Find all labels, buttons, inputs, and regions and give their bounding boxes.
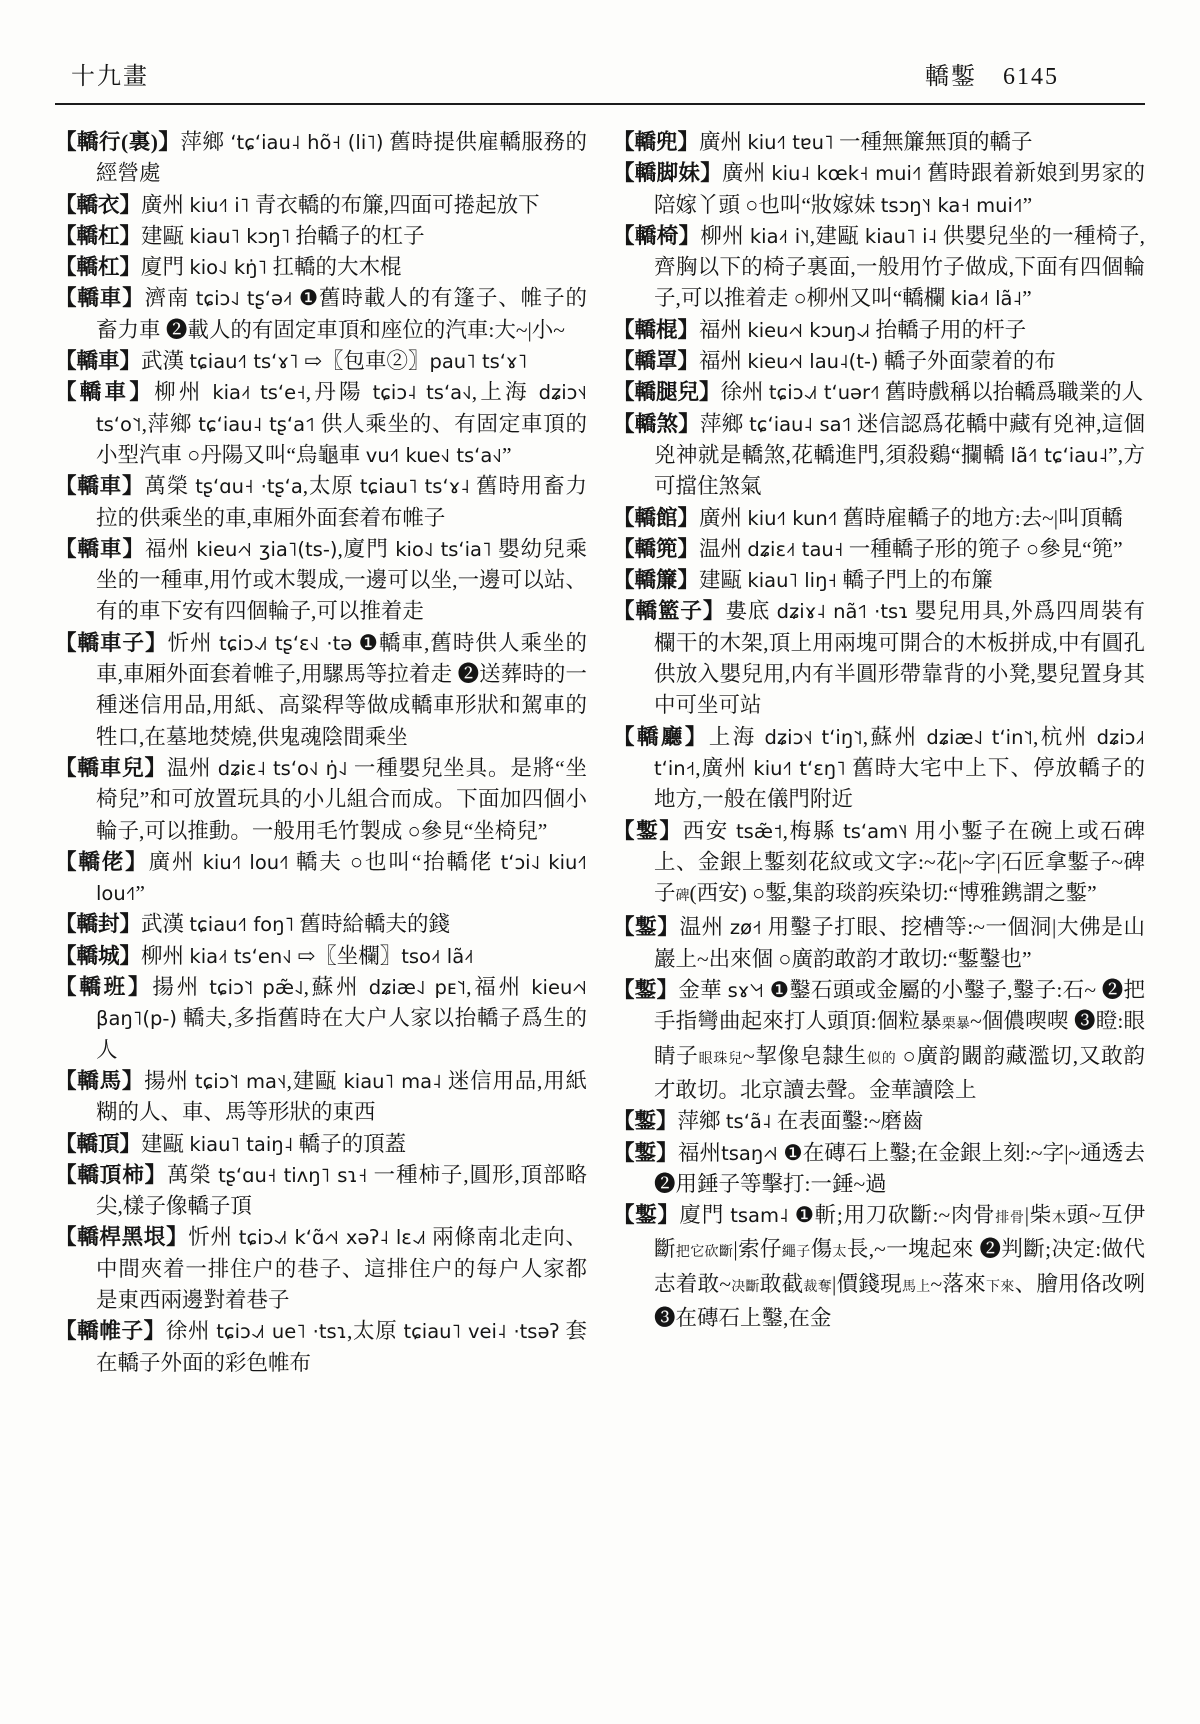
entry-text: 敢截 [760, 1272, 804, 1296]
entry-headword: 【鏨】 [613, 1203, 680, 1227]
dictionary-entry: 【轎車】武漢 tɕiau˧˥ tsʻɤ˥ ⇨〖包車②〗pau˥ tsʻɤ˥ [55, 346, 587, 377]
entry-gloss-small: 碑 [676, 889, 690, 904]
entry-text: 福州 [145, 537, 196, 561]
entry-phonetic: kiu˧˥ tɐu˥ [747, 131, 833, 154]
entry-text: 武漢 [141, 912, 189, 936]
dictionary-entry: 【轎頂柿】萬榮 tʂʻɑu˧ tiʌŋ˥ sɿ˧ 一種柿子,圓形,頂部略尖,樣子… [55, 1160, 587, 1223]
column-left: 【轎行(裏)】萍鄉 ʻtɕʻiau˨ hõ˧ (li˥) 舊時提供雇轎服務的經營… [55, 127, 587, 1379]
entry-headword: 【轎頂柿】 [55, 1163, 167, 1187]
entry-text: 建甌 [141, 1132, 189, 1156]
entry-gloss-small: 似的 [867, 1052, 897, 1067]
dictionary-entry: 【轎椅】柳州 kia˨˦ i˥˧,建甌 kiau˥ i˨ 供嬰兒坐的一種椅子,齊… [613, 221, 1145, 315]
dictionary-entry: 【轎車子】忻州 tɕiɔ˨˩˦ tʂʻɛ˧˩ ·tə ❶轎車,舊時供人乘坐的車,… [55, 628, 587, 753]
entry-text: 揚州 [144, 1069, 195, 1093]
entry-gloss-small: 木 [1052, 1211, 1067, 1226]
entry-text: ,丹陽 [306, 380, 373, 404]
entry-text: 廣州 [722, 161, 771, 185]
entry-text: ❶斬;用刀砍斷:~肉骨 [789, 1203, 996, 1227]
entry-headword: 【轎車】 [55, 380, 154, 404]
entry-text: 轎夫 ○也叫“抬轎佬 [289, 850, 501, 874]
dictionary-entry: 【轎杠】建甌 kiau˥ kɔŋ˥ 抬轎子的杠子 [55, 221, 587, 252]
dictionary-entry: 【轎班】揚州 tɕiɔ˥˦ pæ̃˨˩,蘇州 dʑiæ˨˩ pᴇ˥˦,福州 ki… [55, 972, 587, 1066]
entry-text: 廣州 [699, 130, 747, 154]
entry-phonetic: kiau˥ i˨ [865, 225, 937, 248]
entry-headword: 【轎城】 [55, 944, 141, 968]
entry-phonetic: kio˨˩ tsʻia˥ [395, 538, 491, 561]
entry-headword: 【鏨】 [613, 978, 678, 1002]
entry-phonetic: tɕʻiau˨ tʂʻa˦˥ [198, 413, 314, 436]
entry-text: 武漢 [141, 349, 189, 373]
entry-headword: 【轎篼】 [613, 537, 699, 561]
entry-headword: 【轎衣】 [55, 193, 141, 217]
entry-text: 在表面鑿:~磨齒 [771, 1109, 923, 1133]
entry-text: 萍鄉 [700, 412, 749, 436]
entry-phonetic: kio˨˩ kŋ̇˥ [189, 256, 267, 279]
entry-text: ,萍鄉 [142, 412, 199, 436]
entry-text: |索仔 [733, 1237, 781, 1261]
dictionary-entry: 【轎脚妹】廣州 kiu˨ kœk˧ mui˧˥ 舊時跟着新娘到男家的陪嫁丫頭 ○… [613, 158, 1145, 221]
entry-text: 柳州 [700, 224, 749, 248]
entry-text: 抬轎子用的杆子 [870, 318, 1026, 342]
dictionary-entry: 【轎館】廣州 kiu˧˥ kun˧˥ 舊時雇轎子的地方:去~|叫頂轎 [613, 503, 1145, 534]
entry-text: 扛轎的大木棍 [267, 255, 401, 279]
entry-text: 忻州 [168, 631, 219, 655]
dictionary-entry: 【轎杠】廈門 kio˨˩ kŋ̇˥ 扛轎的大木棍 [55, 252, 587, 283]
entry-text: ,太原 [303, 474, 360, 498]
entry-phonetic: kieu˨˦˨ ʒia˥(ts-) [196, 538, 337, 561]
entry-headword: 【轎馬】 [55, 1069, 144, 1093]
dictionary-entry: 【轎桿黑垠】忻州 tɕiɔ˨˩˦ kʻɑ̃˨˦˨ xəʔ˨ lɛ˨˩˦ 兩條南北… [55, 1222, 587, 1316]
entry-headword: 【鏨】 [613, 1109, 678, 1133]
entry-text: 忻州 [188, 1225, 239, 1249]
dictionary-entry: 【轎腿兒】徐州 tɕiɔ˨˩˦ tʻuər˧˥ 舊時戲稱以抬轎爲職業的人 [613, 377, 1145, 408]
dictionary-entry: 【轎車】福州 kieu˨˦˨ ʒia˥(ts-),廈門 kio˨˩ tsʻia˥… [55, 534, 587, 628]
entry-headword: 【轎廳】 [613, 725, 709, 749]
dictionary-entry: 【轎籃子】婁底 dʑiɤ˨ nã˦˥ ·tsɿ 嬰兒用具,外爲四周裝有欄干的木架… [613, 596, 1145, 721]
entry-text: 濟南 [145, 286, 196, 310]
entry-headword: 【轎腿兒】 [613, 380, 721, 404]
entry-text: 一種轎子形的篼子 ○參見“篼” [843, 537, 1122, 561]
entry-text: 轎子的頂蓋 [293, 1132, 406, 1156]
page-number: 6145 [1003, 64, 1059, 91]
entry-headword: 【轎籃子】 [613, 599, 725, 623]
entry-text: 廣州 [149, 850, 203, 874]
entry-phonetic: tɕiau˧˥ foŋ˥ [189, 913, 294, 936]
entry-text: 上海 [709, 725, 765, 749]
entry-phonetic: tɕiɔ˨˩˦ tʂʻɛ˧˩ ·tə [219, 632, 352, 655]
entry-headword: 【轎簾】 [613, 568, 699, 592]
entry-phonetic: dʑiæ˨˩ pᴇ˥˦ [369, 976, 466, 999]
entry-text: 婁底 [725, 599, 776, 623]
entry-phonetic: tsʻã˨ [726, 1110, 772, 1133]
entry-gloss-small: 眼珠兒 [699, 1052, 743, 1067]
entry-phonetic: tɕiɔ˨˩ tʂʻə˨˦ [196, 287, 293, 310]
entry-text: 廈門 [141, 255, 189, 279]
entry-text: ,蘇州 [863, 725, 927, 749]
entry-text: 柳州 [141, 944, 189, 968]
entry-gloss-small: 繩子 [782, 1245, 811, 1260]
entry-headword: 【轎車】 [55, 286, 145, 310]
entry-phonetic: kiau˥ taiŋ˨ [189, 1133, 293, 1156]
entry-text: 廈門 [680, 1203, 731, 1227]
entry-text: ” [1022, 286, 1032, 310]
dictionary-page: 十九畫 轎鏨 6145 【轎行(裏)】萍鄉 ʻtɕʻiau˨ hõ˧ (li˥)… [0, 0, 1200, 1379]
entry-phonetic: lã˧˥ tɕʻiau˨ [1011, 444, 1109, 467]
dictionary-entry: 【轎車兒】温州 dʑiɛ˨ tsʻo˧˩ ŋ̇˨˩ 一種嬰兒坐具。是將“坐椅兒”… [55, 753, 587, 847]
entry-text: ,福州 [466, 975, 531, 999]
entry-text: 温州 [699, 537, 747, 561]
entry-gloss-small: 下來 [986, 1280, 1015, 1295]
entry-text: 揚州 [152, 975, 209, 999]
entry-gloss-small: 决斷 [731, 1280, 760, 1295]
entry-phonetic: tɕiau˥ vei˨ ·tsəʔ [403, 1320, 559, 1343]
entry-phonetic: tɕiɔ˥˦ pæ̃˨˩ [209, 976, 303, 999]
dictionary-entry: 【轎簾】建甌 kiau˥ liŋ˧ 轎子門上的布簾 [613, 565, 1145, 596]
entry-headword: 【轎罩】 [613, 349, 699, 373]
dictionary-entry: 【轎兜】廣州 kiu˧˥ tɐu˥ 一種無簾無頂的轎子 [613, 127, 1145, 158]
entry-phonetic: dʑiɛ˨˦ tau˧ [747, 538, 843, 561]
entry-phonetic: kia˨˦ i˥˧ [750, 225, 810, 248]
entry-text: |柴 [1025, 1203, 1052, 1227]
entry-phonetic: pau˥ tsʻɤ˥ [429, 350, 527, 373]
entry-phonetic: tɕiau˧˥ tsʻɤ˥ [189, 350, 298, 373]
dictionary-entry: 【轎棍】福州 kieu˨˦˨ kɔuŋ˨˩˧ 抬轎子用的杆子 [613, 315, 1145, 346]
entry-phonetic: tɕʻiau˨ sa˦˥ [749, 413, 851, 436]
entry-text: 廣州 [141, 193, 189, 217]
entry-phonetic: tso˨˦ lã˨˦ [401, 945, 474, 968]
entry-text: ⇨〖包車②〗 [299, 349, 430, 373]
entry-gloss-small: 太 [833, 1245, 847, 1260]
entry-headword: 【轎車】 [55, 537, 145, 561]
entry-headword: 【轎頂】 [55, 1132, 141, 1156]
entry-text: ⇨〖坐欄〗 [292, 944, 401, 968]
entry-text: ,太原 [347, 1319, 403, 1343]
entry-phonetic: tsɔŋ˥˧ ka˧ mui˧˥ [881, 194, 1023, 217]
entry-text: 舊時雇轎子的地方:去~|叫頂轎 [837, 506, 1122, 530]
entry-phonetic: tsʻam˥˨ [843, 820, 908, 843]
entry-phonetic: kia˨˦ lã˨ [951, 287, 1022, 310]
entry-text: (西安) ○鏨,集韵琰韵疾染切:“博雅鎸謂之鏨” [690, 881, 1097, 905]
entry-headword: 【轎帷子】 [55, 1319, 166, 1343]
entry-headword: 【轎杠】 [55, 255, 141, 279]
entry-headword: 【轎桿黑垠】 [55, 1225, 188, 1249]
entry-text: ” [135, 881, 145, 905]
dictionary-entry: 【轎馬】揚州 tɕiɔ˥˦ ma˦˨,建甌 kiau˥ ma˨ 迷信用品,用紙糊… [55, 1066, 587, 1129]
entry-text: 抬轎子的杠子 [290, 224, 424, 248]
entry-headword: 【鏨】 [613, 1141, 678, 1165]
entry-text: 萬榮 [144, 474, 195, 498]
dictionary-entry: 【鏨】廈門 tsam˨ ❶斬;用刀砍斷:~肉骨排骨|柴木頭~互伊斷把它砍斷|索仔… [613, 1200, 1145, 1334]
dictionary-entry: 【轎城】柳州 kia˨˦ tsʻen˧˩ ⇨〖坐欄〗tso˨˦ lã˨˦ [55, 941, 587, 972]
entry-phonetic: kiau˥ kɔŋ˥ [189, 225, 290, 248]
dictionary-entry: 【轎衣】廣州 kiu˧˥ i˥ 青衣轎的布簾,四面可捲起放下 [55, 190, 587, 221]
entry-gloss-small: 馬上 [902, 1280, 931, 1295]
entry-phonetic: tɕiɔ˨˩˦ ue˥ ·tsɿ [216, 1320, 347, 1343]
dictionary-entry: 【轎煞】萍鄉 tɕʻiau˨ sa˦˥ 迷信認爲花轎中藏有兇神,這個兇神就是轎煞… [613, 409, 1145, 503]
entry-text: 轎子門上的布簾 [837, 568, 993, 592]
entry-headword: 【轎脚妹】 [613, 161, 722, 185]
entry-text: 福州 [699, 318, 747, 342]
entry-text: 萍鄉 [678, 1109, 726, 1133]
dictionary-entry: 【轎車】柳州 kia˨˦ tsʻe˧,丹陽 tɕiɔ˨ tsʻa˧˩,上海 dʑ… [55, 377, 587, 471]
dictionary-entry: 【轎車】萬榮 tʂʻɑu˧ ·tʂʻa,太原 tɕiau˥ tsʻɤ˨ 舊時用畜… [55, 471, 587, 534]
entry-text: |價錢現 [832, 1272, 902, 1296]
entry-headword: 【轎椅】 [613, 224, 700, 248]
entry-text: 轎子外面蒙着的布 [879, 349, 1056, 373]
entry-phonetic: kiu˧˥ lou˧˥ [203, 851, 289, 874]
entry-text: ~挈像皂隸生 [743, 1044, 867, 1068]
entry-phonetic: kia˨˦ tsʻe˧ [212, 381, 305, 404]
entry-phonetic: kieu˨˦˨ lau˨(t-) [747, 350, 878, 373]
entry-phonetic: tsæ̃˦ [736, 820, 783, 843]
entry-phonetic: dʑiæ˨˩ tʻin˥˦ [926, 726, 1033, 749]
entry-text: 傷 [811, 1237, 833, 1261]
entry-text: 温州 [680, 915, 730, 939]
entry-text: 建甌 [141, 224, 189, 248]
entry-phonetic: kiu˧˥ tʻɛŋ˥ [753, 757, 845, 780]
entry-text: 西安 [683, 819, 736, 843]
entry-gloss-small: 把它砍斷 [676, 1245, 734, 1260]
entry-text: 温州 [167, 756, 218, 780]
entry-text: 徐州 [721, 380, 769, 404]
entry-text: 青衣轎的布簾,四面可捲起放下 [249, 193, 539, 217]
entry-headword: 【轎棍】 [613, 318, 699, 342]
entry-phonetic: tʂʻɑu˧ tiʌŋ˥ sɿ˧ [218, 1164, 367, 1187]
entry-phonetic: tɕiau˥ tsʻɤ˨ [360, 475, 470, 498]
dictionary-entry: 【轎篼】温州 dʑiɛ˨˦ tau˧ 一種轎子形的篼子 ○參見“篼” [613, 534, 1145, 565]
entry-text: ,建甌 [287, 1069, 344, 1093]
entry-headword: 【鏨】 [613, 915, 680, 939]
entry-headword: 【轎煞】 [613, 412, 700, 436]
entry-text: 金華 [678, 978, 727, 1002]
dictionary-entry: 【轎廳】上海 dʑiɔ˦˨ tʻiŋ˥˦,蘇州 dʑiæ˨˩ tʻin˥˦,杭州… [613, 722, 1145, 816]
entry-text: ~落來 [931, 1272, 986, 1296]
entry-phonetic: tɕiɔ˨˩˦ kʻɑ̃˨˦˨ xəʔ˨ lɛ˨˩˦ [239, 1226, 426, 1249]
dictionary-entry: 【鏨】金華 sɤ˥˧˦ ❶鑿石頭或金屬的小鑿子,鑿子:石~ ❷把手指彎曲起來打人… [613, 975, 1145, 1106]
dictionary-entry: 【轎佬】廣州 kiu˧˥ lou˧˥ 轎夫 ○也叫“抬轎佬 tʻɔi˨˩ kiu… [55, 847, 587, 910]
entry-headword: 【轎行(裏)】 [55, 130, 180, 154]
entry-gloss-small: 栗暴 [942, 1017, 970, 1032]
dictionary-entry: 【轎罩】福州 kieu˨˦˨ lau˨(t-) 轎子外面蒙着的布 [613, 346, 1145, 377]
entry-phonetic: tɕiɔ˥˦ ma˦˨ [195, 1070, 287, 1093]
entry-text: 舊時戲稱以抬轎爲職業的人 [880, 380, 1143, 404]
entry-phonetic: dʑiɤ˨ nã˦˥ ·tsɿ [777, 600, 909, 623]
entry-phonetic: tʂʻɑu˧ ·tʂʻa [195, 475, 303, 498]
entry-headword: 【轎車】 [55, 474, 144, 498]
entry-phonetic: vu˧˥ kue˧˩ tsʻa˧˩ [366, 444, 502, 467]
dictionary-entry: 【鏨】西安 tsæ̃˦,梅縣 tsʻam˥˨ 用小鏨子在碗上或石碑上、金銀上鏨刻… [613, 816, 1145, 913]
entry-phonetic: kiu˧˥ i˥ [189, 194, 249, 217]
entry-phonetic: tɕiɔ˨ tsʻa˧˩ [373, 381, 472, 404]
entry-text: 建甌 [699, 568, 747, 592]
dictionary-entry: 【轎帷子】徐州 tɕiɔ˨˩˦ ue˥ ·tsɿ,太原 tɕiau˥ vei˨ … [55, 1316, 587, 1379]
entry-text: ,蘇州 [304, 975, 369, 999]
entry-text: ,梅縣 [783, 819, 844, 843]
entry-headword: 【轎車兒】 [55, 756, 167, 780]
entry-headword: 【轎館】 [613, 506, 699, 530]
dictionary-entry: 【鏨】萍鄉 tsʻã˨ 在表面鑿:~磨齒 [613, 1106, 1145, 1137]
entry-headword: 【轎車】 [55, 349, 141, 373]
entry-text: 福州 [678, 1141, 721, 1165]
text-columns: 【轎行(裏)】萍鄉 ʻtɕʻiau˨ hõ˧ (li˥) 舊時提供雇轎服務的經營… [55, 105, 1145, 1379]
entry-text: ,上海 [472, 380, 539, 404]
page-header: 十九畫 轎鏨 6145 [55, 0, 1145, 103]
entry-text: ,建甌 [810, 224, 865, 248]
entry-headword: 【轎班】 [55, 975, 152, 999]
entry-phonetic: dʑiɛ˨ tsʻo˧˩ ŋ̇˨˩ [218, 757, 348, 780]
entry-text: 徐州 [166, 1319, 216, 1343]
entry-phonetic: tsam˨ [730, 1204, 788, 1227]
dictionary-entry: 【轎車】濟南 tɕiɔ˨˩ tʂʻə˨˦ ❶舊時載人的有篷子、帷子的畜力車 ❷載… [55, 283, 587, 346]
entry-gloss-small: 裁奪 [803, 1280, 832, 1295]
entry-text: ” [1023, 193, 1033, 217]
entry-headword: 【轎封】 [55, 912, 141, 936]
entry-phonetic: ʻtɕʻiau˨ hõ˧ (li˥) [230, 131, 383, 154]
entry-phonetic: tɕiɔ˨˩˦ tʻuər˧˥ [769, 381, 880, 404]
entry-text: 福州 [699, 349, 747, 373]
entry-text: ,杭州 [1033, 725, 1097, 749]
entry-gloss-small: 排骨 [995, 1211, 1024, 1226]
entry-phonetic: kiau˥ ma˨ [344, 1070, 442, 1093]
guide-word: 轎鏨 [925, 56, 977, 91]
dictionary-entry: 【鏨】福州tsaŋ˨˦˨ ❶在磚石上鑿;在金銀上刻:~字|~通透去 ❷用錘子等擊… [613, 1138, 1145, 1201]
entry-text: 萬榮 [167, 1163, 218, 1187]
entry-phonetic: kiu˧˥ kun˧˥ [747, 507, 837, 530]
entry-headword: 【鏨】 [613, 819, 683, 843]
entry-headword: 【轎兜】 [613, 130, 699, 154]
entry-headword: 【轎車子】 [55, 631, 168, 655]
entry-phonetic: kiu˨ kœk˧ mui˧˥ [771, 162, 921, 185]
entry-phonetic: kiau˥ liŋ˧ [747, 569, 837, 592]
entry-text: 廣州 [699, 506, 747, 530]
entry-headword: 【轎佬】 [55, 850, 149, 874]
column-right: 【轎兜】廣州 kiu˧˥ tɐu˥ 一種無簾無頂的轎子【轎脚妹】廣州 kiu˨ … [613, 127, 1145, 1379]
entry-headword: 【轎杠】 [55, 224, 141, 248]
dictionary-entry: 【轎封】武漢 tɕiau˧˥ foŋ˥ 舊時給轎夫的錢 [55, 909, 587, 940]
header-right: 轎鏨 6145 [925, 56, 1059, 91]
dictionary-entry: 【轎頂】建甌 kiau˥ taiŋ˨ 轎子的頂蓋 [55, 1129, 587, 1160]
dictionary-entry: 【轎行(裏)】萍鄉 ʻtɕʻiau˨ hõ˧ (li˥) 舊時提供雇轎服務的經營… [55, 127, 587, 190]
entry-phonetic: kieu˨˦˨ kɔuŋ˨˩˧ [747, 319, 870, 342]
dictionary-entry: 【鏨】温州 zø˧˦ 用鑿子打眼、挖槽等:~一個洞|大佛是山巖上~出來個 ○廣韵… [613, 912, 1145, 975]
entry-text: 一種無簾無頂的轎子 [834, 130, 1033, 154]
entry-text: ,廈門 [337, 537, 395, 561]
entry-phonetic: tsaŋ˨˦˨ [721, 1142, 778, 1165]
section-title: 十九畫 [71, 56, 149, 91]
entry-text: ” [502, 443, 512, 467]
entry-phonetic: zø˧˦ [730, 916, 762, 939]
entry-phonetic: kia˨˦ tsʻen˧˩ [189, 945, 291, 968]
entry-phonetic: dʑiɔ˦˨ tʻiŋ˥˦ [765, 726, 863, 749]
entry-text: 萍鄉 [180, 130, 230, 154]
entry-text: 柳州 [154, 380, 212, 404]
entry-text: 舊時給轎夫的錢 [294, 912, 450, 936]
entry-phonetic: sɤ˥˧˦ [728, 979, 764, 1002]
entry-text: ,廣州 [695, 756, 753, 780]
